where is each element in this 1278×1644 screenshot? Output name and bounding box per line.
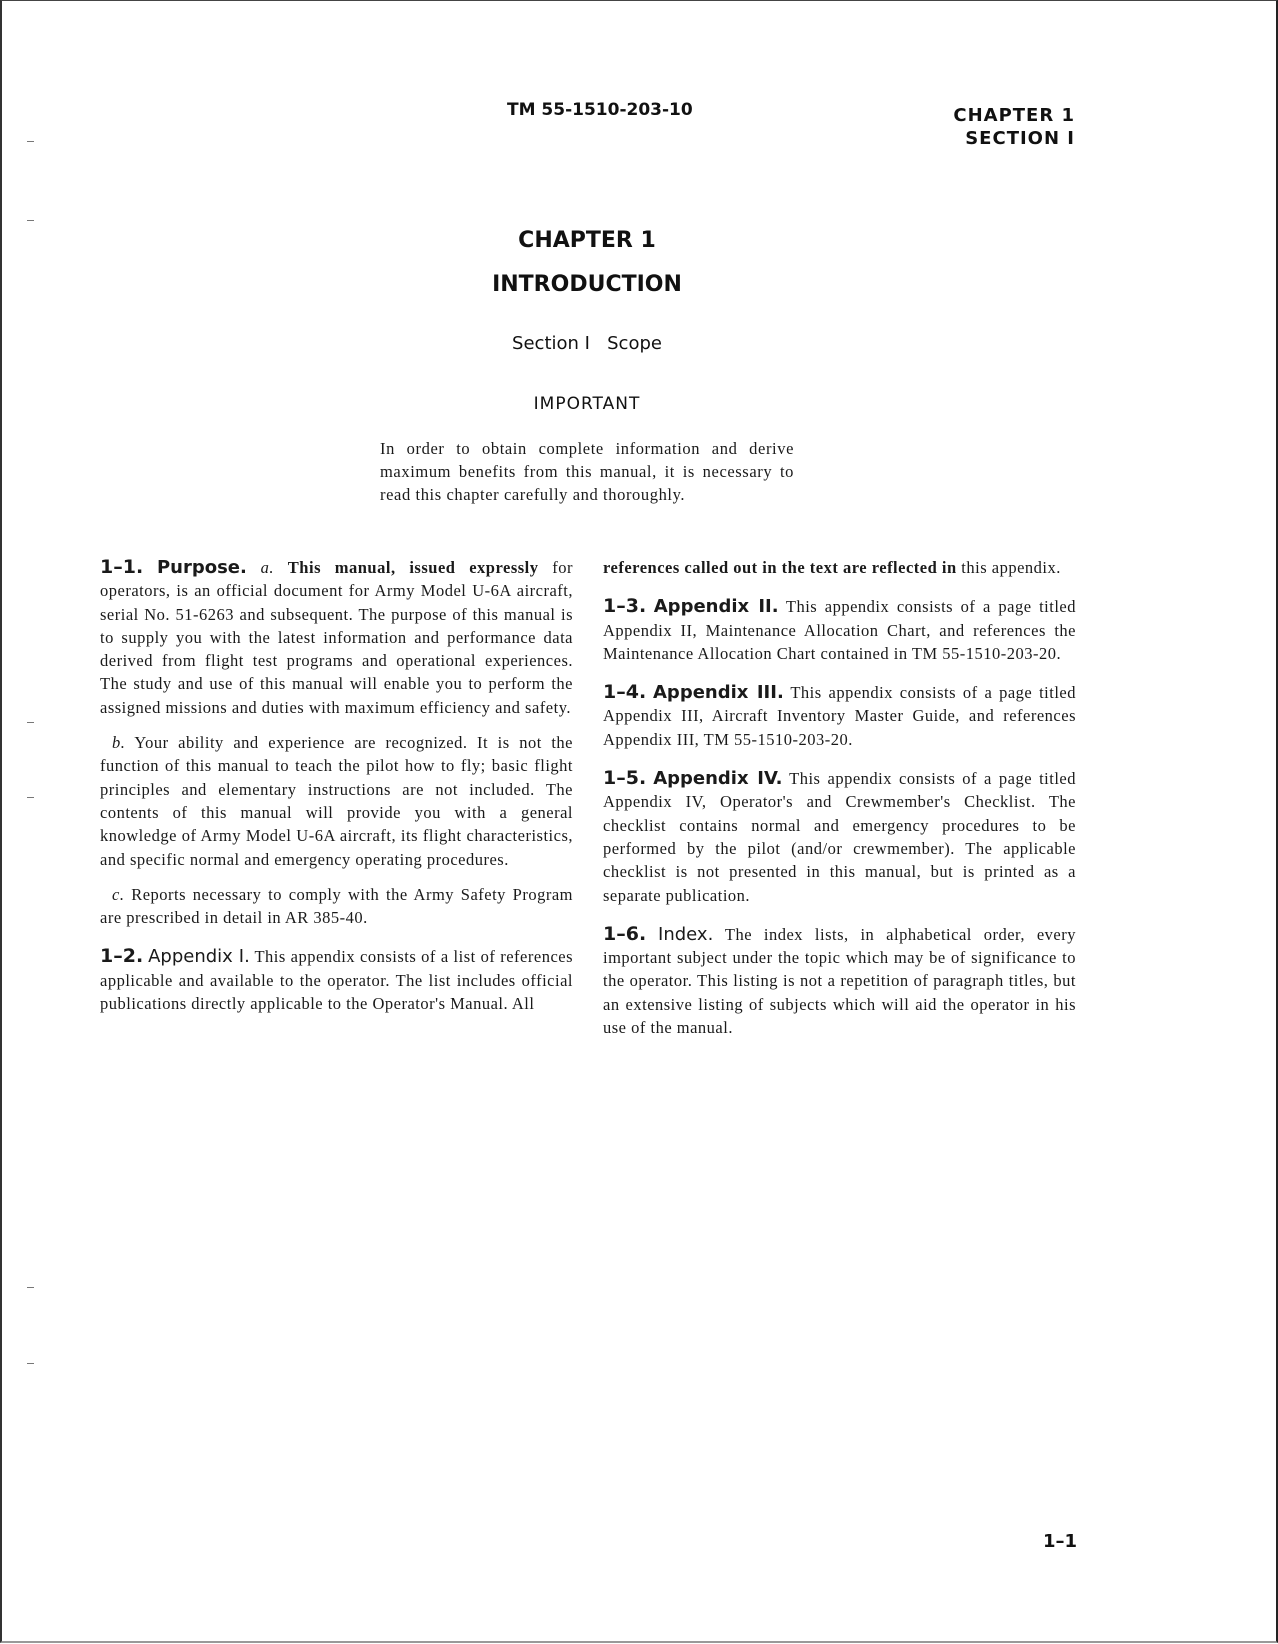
document-number: TM 55-1510-203-10 <box>507 100 693 120</box>
margin-mark <box>27 141 34 142</box>
page-number: 1–1 <box>1043 1531 1077 1552</box>
paragraph-number: 1–1. <box>100 556 143 578</box>
paragraph-1-1c: c. Reports necessary to comply with the … <box>100 883 573 930</box>
paragraph-text: Reports necessary to comply with the Arm… <box>100 885 573 927</box>
right-column: references called out in the text are re… <box>603 556 1076 1051</box>
paragraph-1-1b: b. Your ability and experience are recog… <box>100 731 573 871</box>
paragraph-text: Your ability and experience are recogniz… <box>100 733 573 868</box>
paragraph-text: for operators, is an official document f… <box>100 558 573 717</box>
paragraph-title: Appendix I. <box>148 946 250 967</box>
paragraph-lead: This manual, issued expressly <box>288 558 539 577</box>
paragraph-text-bold: references called out in the text are re… <box>603 558 957 577</box>
chapter-title: INTRODUCTION <box>0 272 1174 297</box>
paragraph-1-1a: 1–1. Purpose. a. This manual, issued exp… <box>100 556 573 719</box>
paragraph-number: 1–6. <box>603 923 646 945</box>
subparagraph-label: a. <box>261 558 274 577</box>
margin-mark <box>27 797 34 798</box>
margin-mark <box>27 1363 34 1364</box>
paragraph-text: this appendix. <box>961 558 1061 577</box>
paragraph-1-6: 1–6. Index. The index lists, in alphabet… <box>603 923 1076 1039</box>
chapter-heading: CHAPTER 1 <box>0 228 1174 253</box>
paragraph-number: 1–2. <box>100 945 143 967</box>
paragraph-1-2-continued: references called out in the text are re… <box>603 556 1076 579</box>
section-label: SECTION I <box>953 127 1075 150</box>
paragraph-1-5: 1–5. Appendix IV. This appendix consists… <box>603 767 1076 907</box>
margin-mark <box>27 1287 34 1288</box>
chapter-label: CHAPTER 1 <box>953 104 1075 127</box>
paragraph-title: Purpose. <box>157 557 247 578</box>
paragraph-title: Index. <box>658 924 713 945</box>
paragraph-1-2: 1–2. Appendix I. This appendix consists … <box>100 945 573 1015</box>
paragraph-title: Appendix II. <box>654 596 779 617</box>
paragraph-number: 1–5. <box>603 767 646 789</box>
margin-mark <box>27 722 34 723</box>
left-column: 1–1. Purpose. a. This manual, issued exp… <box>100 556 573 1027</box>
subparagraph-label: c. <box>112 885 124 904</box>
paragraph-number: 1–4. <box>603 681 646 703</box>
important-heading: IMPORTANT <box>0 394 1174 414</box>
subparagraph-label: b. <box>112 733 125 752</box>
paragraph-title: Appendix III. <box>653 682 784 703</box>
paragraph-title: Appendix IV. <box>653 768 782 789</box>
running-header-right: CHAPTER 1 SECTION I <box>953 104 1075 150</box>
margin-mark <box>27 220 34 221</box>
important-notice-body: In order to obtain complete information … <box>380 437 794 506</box>
paragraph-1-4: 1–4. Appendix III. This appendix consist… <box>603 681 1076 751</box>
paragraph-text: This appendix consists of a page titled … <box>603 769 1076 904</box>
paragraph-1-3: 1–3. Appendix II. This appendix consists… <box>603 595 1076 665</box>
section-title: Section I Scope <box>0 333 1174 354</box>
paragraph-number: 1–3. <box>603 595 646 617</box>
